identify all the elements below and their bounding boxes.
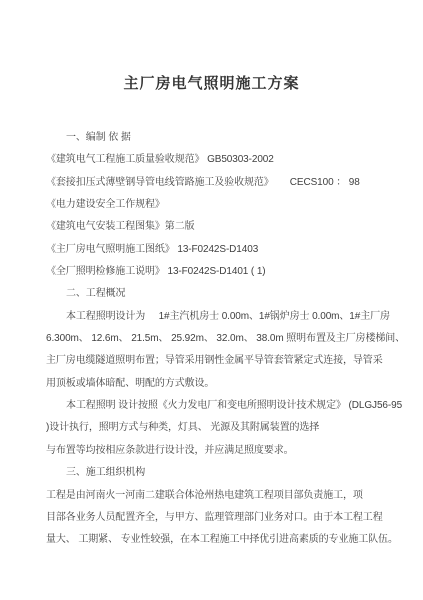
text-line: 《建筑电气工程施工质量验收规范》 GB50303-2002 (46, 149, 393, 171)
document-title: 主厂房电气照明施工方案 (0, 0, 423, 93)
text-line: 主厂房电缆隧道照明布置；导管采用钢性金属平导管套管紧定式连接，导管采 (46, 350, 393, 372)
document-body: 一、编制 依 据 《建筑电气工程施工质量验收规范》 GB50303-2002 《… (0, 127, 423, 552)
text-line: )设计执行，照明方式与种类，灯具、 光源及其附属装置的选择 (46, 417, 393, 439)
text-line: 目部各业务人员配置齐全，与甲方、监理管理部门业务对口。由于本工程工程 (46, 507, 393, 529)
text-line: 本工程照明 设计按照《火力发电厂和变电所照明设计技术规定》 (DLGJ56-95 (46, 395, 393, 417)
text-line: 《电力建设安全工作规程》 (46, 194, 393, 216)
text-line: 工程是由河南火一河南二建联合体沧州热电建筑工程项目部负责施工，项 (46, 485, 393, 507)
text-line: 量大、 工期紧、 专业性较强，在本工程施工中择优引进高素质的专业施工队伍。 (46, 529, 393, 551)
text-line: 6.300m、 12.6m、 21.5m、 25.92m、 32.0m、 38.… (46, 328, 393, 350)
text-line: 《套接扣压式薄壁钢导管电线管路施工及验收规范》 CECS100 ： 98 (46, 172, 393, 194)
heading-section-2: 二、工程概况 (46, 283, 393, 305)
text-line: 《主厂房电气照明施工图纸》 13-F0242S-D1403 (46, 239, 393, 261)
text-line: 用顶板或墙体暗配、明配的方式敷设。 (46, 373, 393, 395)
text-line: 《全厂照明检修施工说明》 13-F0242S-D1401 ( 1) (46, 261, 393, 283)
text-line: 与布置等均按相应条款进行设计没，并应满足照度要求。 (46, 440, 393, 462)
document-page: 主厂房电气照明施工方案 一、编制 依 据 《建筑电气工程施工质量验收规范》 GB… (0, 0, 423, 600)
text-line: 本工程照明设计为 1#主汽机房士 0.00m、1#锅炉房士 0.00m、1#主厂… (46, 306, 393, 328)
heading-section-1: 一、编制 依 据 (46, 127, 393, 149)
heading-section-3: 三、施工组织机构 (46, 462, 393, 484)
text-line: 《建筑电气安装工程图集》第二版 (46, 216, 393, 238)
